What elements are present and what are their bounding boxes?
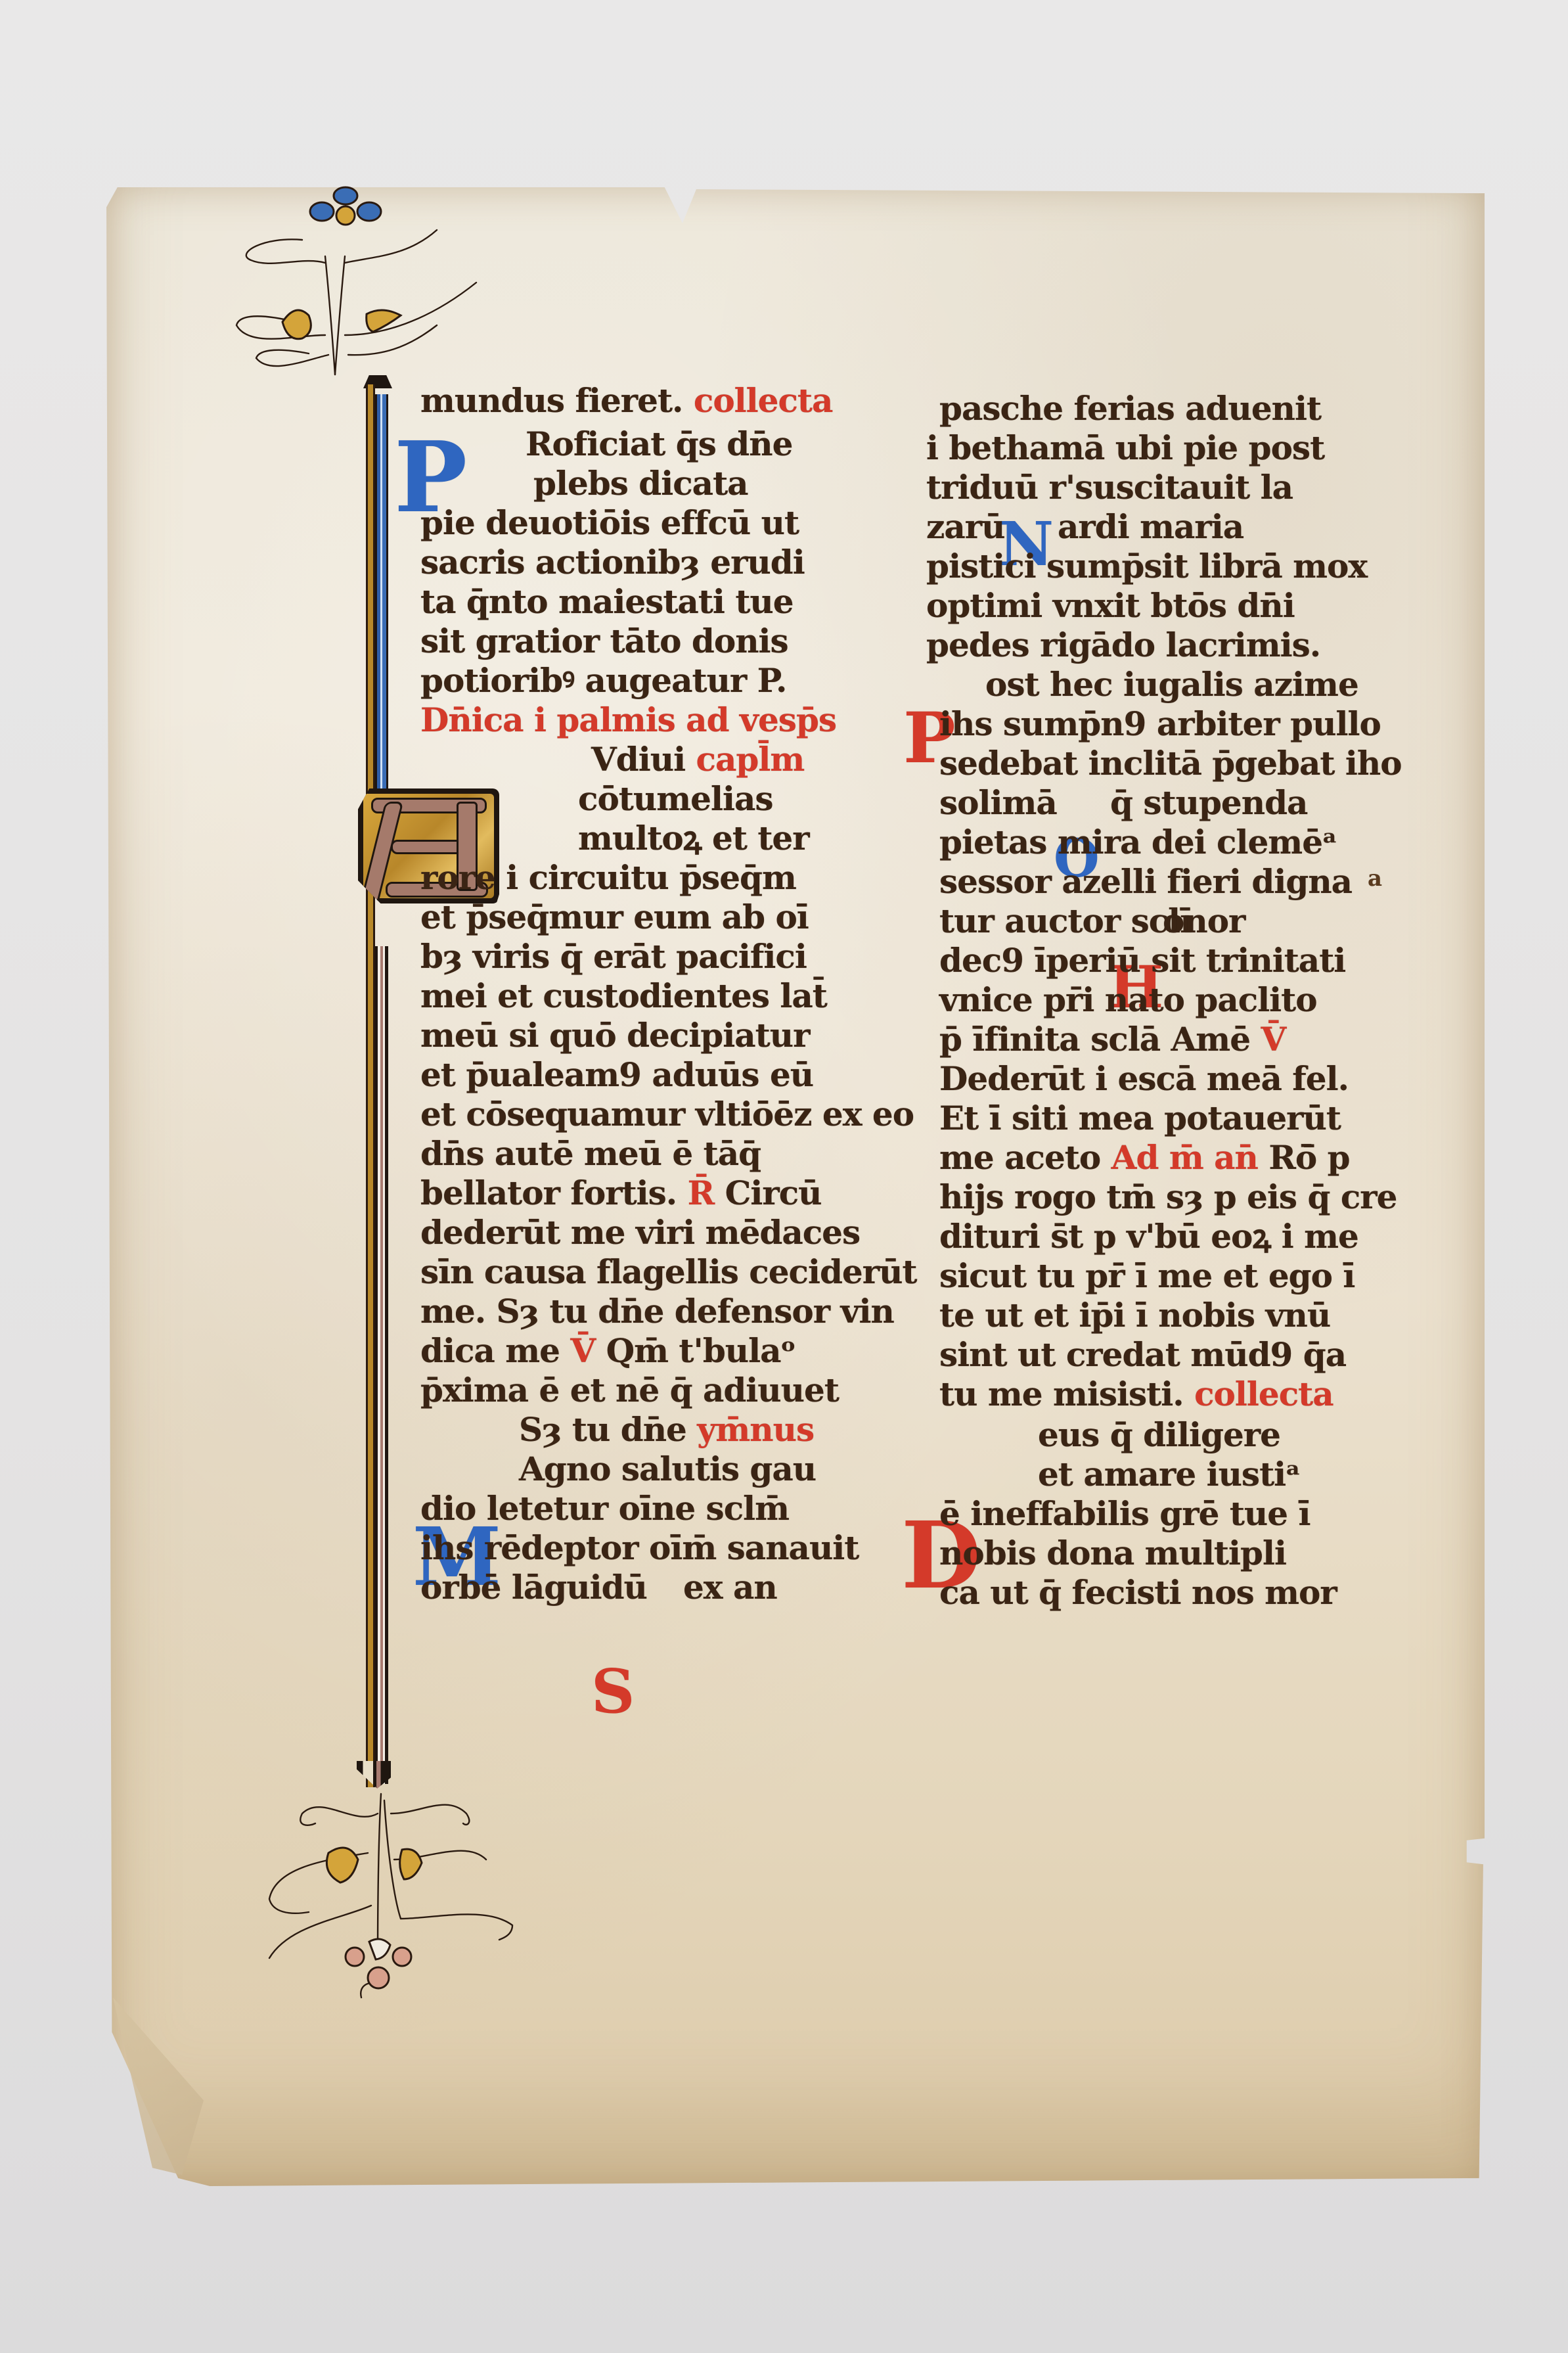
marginal-note-a: a bbox=[1368, 867, 1382, 890]
text-line: onor bbox=[1163, 902, 1245, 941]
text-line: optimi vnxit btōs dn̄i bbox=[926, 586, 1295, 626]
text-line: potioribꝰ augeatur P. bbox=[420, 661, 786, 700]
text-line: et p̄seq̄mur eum ab oī bbox=[420, 898, 809, 937]
text-line: pistici sump̄sit librā mox bbox=[926, 547, 1367, 586]
text-line: hijs rogo tm̄ sȝ p eis q̄ cre bbox=[939, 1177, 1397, 1217]
text-line: orbē lāguidū bbox=[420, 1568, 647, 1607]
text-line: p̄xima ē et nē q̄ adiuuet bbox=[420, 1371, 839, 1410]
border-blue-stripe bbox=[375, 394, 388, 798]
text-line: ihs sump̄n9 arbiter pullo bbox=[939, 704, 1381, 744]
text-line: dica me V̄ Qm̄ t'bulaᵒ bbox=[420, 1331, 795, 1371]
text-line: ca ut q̄ fecisti nos mor bbox=[939, 1573, 1337, 1612]
text-line: et cōsequamur vltiōēz ex eo bbox=[420, 1095, 914, 1134]
text-line: i bethamā ubi pie post bbox=[926, 428, 1324, 468]
text-line: bellator fortis. R̄ Circū bbox=[420, 1174, 822, 1213]
gilded-border-bar bbox=[366, 384, 390, 1787]
text-line: Et ī siti mea potauerūt bbox=[939, 1099, 1341, 1138]
text-line: zarū bbox=[926, 507, 1005, 547]
text-line: Vdiui capl̄m bbox=[591, 740, 804, 779]
text-line: pasche ferias aduenit bbox=[939, 389, 1321, 428]
text-line: eus q̄ diligere bbox=[1038, 1415, 1280, 1455]
text-line: bȝ viris q̄ erāt pacifici bbox=[420, 937, 807, 976]
text-line: pedes rigādo lacrimis. bbox=[926, 626, 1320, 665]
text-line: ihs rēdeptor oīm̄ sanauit bbox=[420, 1528, 859, 1568]
text-line: pietas mira dei clemēᵃ bbox=[939, 823, 1337, 862]
text-line: sessor azelli fieri digna bbox=[939, 862, 1352, 902]
border-pink-stripe bbox=[375, 946, 388, 1784]
text-line: q̄ stupenda bbox=[1110, 783, 1307, 823]
rubric-line: Dn̄ica i palmis ad vesp̄s bbox=[420, 700, 836, 740]
text-line: Dederūt i escā meā fel. bbox=[939, 1059, 1349, 1099]
text-line: dio letetur oīne sclm̄ bbox=[420, 1489, 789, 1528]
text-line: meū si quō decipiatur bbox=[420, 1016, 809, 1055]
text-line: sint ut credat mūd9 q̄a bbox=[939, 1335, 1346, 1375]
text-line: ta q̄nto maiestati tue bbox=[420, 582, 794, 622]
text-line: Sȝ tu dn̄e ym̄nus bbox=[519, 1410, 814, 1450]
text-line: sacris actionibȝ erudi bbox=[420, 543, 805, 582]
text-line: ex an bbox=[683, 1568, 777, 1607]
text-line: ē ineffabilis grē tue ī bbox=[939, 1494, 1310, 1534]
text-line: tu me misisti. collecta bbox=[939, 1375, 1333, 1414]
text-line: dec9 īperiū sit trinitati bbox=[939, 941, 1345, 980]
text-line: et p̄ualeam9 aduūs eū bbox=[420, 1055, 813, 1095]
top-pen-flourish-icon bbox=[210, 184, 486, 381]
text-line: ost hec iugalis azime bbox=[985, 665, 1358, 704]
text-line: mundus fieret. collecta bbox=[420, 381, 832, 421]
text-line: sicut tu pr̄ ī me et ego ī bbox=[939, 1256, 1355, 1296]
text-line: pie deuotiōis effcū ut bbox=[420, 503, 799, 543]
text-line: te ut et ip̄i ī nobis vnū bbox=[939, 1296, 1330, 1335]
text-line: dituri s̄t p v'bū eoꝝ i me bbox=[939, 1217, 1358, 1256]
text-line: cōtumelias bbox=[578, 779, 773, 819]
text-line: tur auctor sclī bbox=[939, 902, 1192, 941]
text-line: solimā bbox=[939, 783, 1057, 823]
text-line: mei et custodientes lat̄ bbox=[420, 976, 827, 1016]
text-line: triduū r'suscitauit la bbox=[926, 468, 1293, 507]
text-line: vnice pr̄i nato paclito bbox=[939, 980, 1317, 1020]
text-line: p̄ īfinita sclā Amē V̄ bbox=[939, 1020, 1286, 1059]
text-line: ardi maria bbox=[1058, 507, 1243, 547]
bottom-pen-flourish-icon bbox=[250, 1787, 526, 2011]
text-line: et amare iustiᵃ bbox=[1038, 1455, 1300, 1494]
text-line: sedebat inclitā p̄gebat iho bbox=[939, 744, 1402, 783]
text-line: me aceto Ad m̄ an̄ Rō̄ p bbox=[939, 1138, 1350, 1177]
text-line: plebs dicata bbox=[533, 464, 748, 503]
text-line: rore i circuitu p̄seq̄m bbox=[420, 858, 796, 898]
text-line: dederūt me viri mēdaces bbox=[420, 1213, 860, 1252]
text-line: sīn causa flagellis ceciderūt bbox=[420, 1252, 917, 1292]
initial-S-red: S bbox=[591, 1661, 635, 1722]
text-line: sit gratior tāto donis bbox=[420, 622, 788, 661]
text-line: Agno salutis gau bbox=[519, 1450, 816, 1489]
text-line: nobis dona multipli bbox=[939, 1534, 1286, 1573]
border-gold-stripe bbox=[366, 384, 375, 1787]
text-line: Roficiat q̄s dn̄e bbox=[526, 424, 792, 464]
text-line: dn̄s autē meū ē tāq̄ bbox=[420, 1134, 761, 1174]
text-line: me. Sȝ tu dn̄e defensor vin bbox=[420, 1292, 894, 1331]
text-line: multoꝝ et ter bbox=[578, 819, 809, 858]
